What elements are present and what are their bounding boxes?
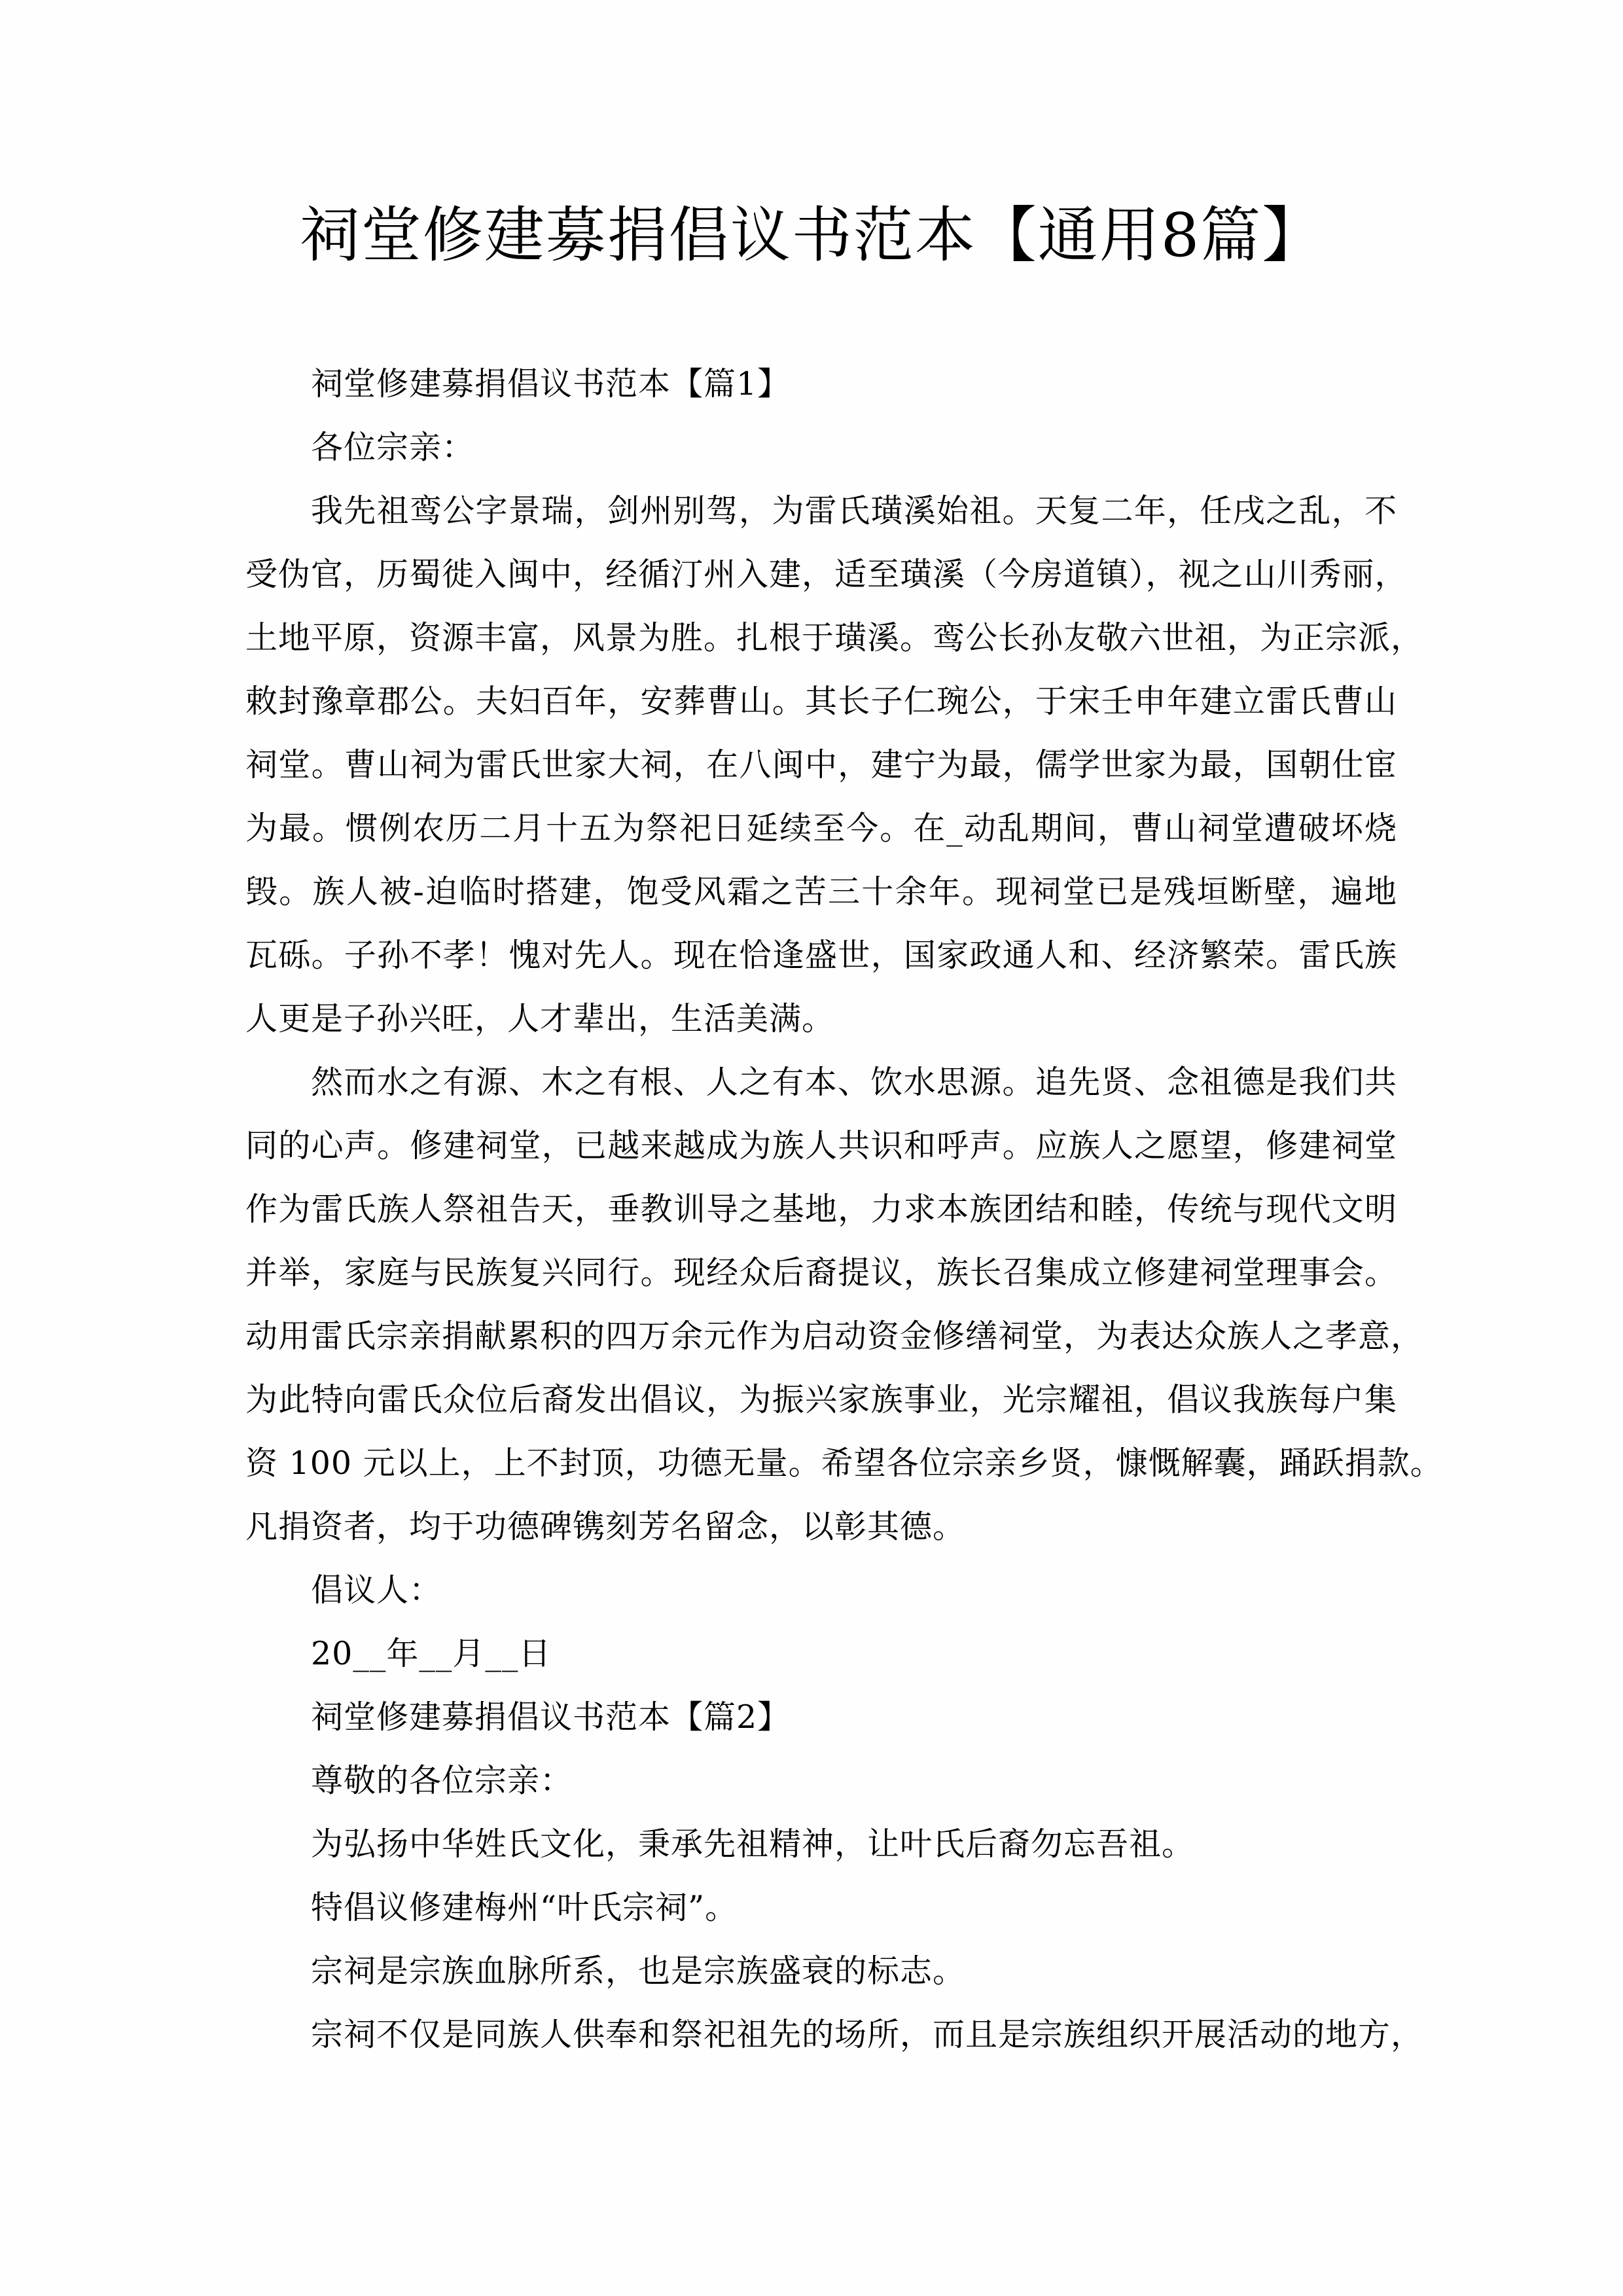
section-heading: 祠堂修建募捐倡议书范本【篇2】 bbox=[245, 1685, 1397, 1749]
paragraph-line: 动用雷氏宗亲捐献累积的四万余元作为启动资金修缮祠堂，为表达众族人之孝意， bbox=[245, 1304, 1397, 1368]
paragraph-line: 为此特向雷氏众位后裔发出倡议，为振兴家族事业，光宗耀祖，倡议我族每户集 bbox=[245, 1368, 1397, 1431]
document-title: 祠堂修建募捐倡议书范本【通用8篇】 bbox=[0, 196, 1623, 275]
paragraph-line: 人更是子孙兴旺，人才辈出，生活美满。 bbox=[245, 987, 1397, 1050]
paragraph-line: 受伪官，历蜀徙入闽中，经循汀州入建，适至璜溪（今房道镇），视之山川秀丽， bbox=[245, 543, 1397, 606]
salutation-line: 尊敬的各位宗亲： bbox=[245, 1749, 1397, 1812]
signature-line: 倡议人： bbox=[245, 1558, 1397, 1622]
paragraph-line: 瓦砾。子孙不孝！愧对先人。现在恰逢盛世，国家政通人和、经济繁荣。雷氏族 bbox=[245, 924, 1397, 987]
date-line: 20__年__月__日 bbox=[245, 1622, 1397, 1685]
paragraph-line: 毁。族人被-迫临时搭建，饱受风霜之苦三十余年。现祠堂已是残垣断壁，遍地 bbox=[245, 860, 1397, 924]
paragraph-line: 然而水之有源、木之有根、人之有本、饮水思源。追先贤、念祖德是我们共 bbox=[245, 1050, 1397, 1114]
paragraph-line: 宗祠是宗族血脉所系，也是宗族盛衰的标志。 bbox=[245, 1939, 1397, 2003]
paragraph-line: 宗祠不仅是同族人供奉和祭祀祖先的场所，而且是宗族组织开展活动的地方， bbox=[245, 2003, 1397, 2066]
paragraph-line: 资 100 元以上，上不封顶，功德无量。希望各位宗亲乡贤，慷慨解囊，踊跃捐款。 bbox=[245, 1431, 1397, 1495]
paragraph-line: 作为雷氏族人祭祖告天，垂教训导之基地，力求本族团结和睦，传统与现代文明 bbox=[245, 1177, 1397, 1241]
paragraph-line: 同的心声。修建祠堂，已越来越成为族人共识和呼声。应族人之愿望，修建祠堂 bbox=[245, 1114, 1397, 1177]
document-body: 祠堂修建募捐倡议书范本【篇1】各位宗亲：我先祖鸾公字景瑞，剑州别驾，为雷氏璜溪始… bbox=[245, 352, 1397, 2066]
paragraph-line: 凡捐资者，均于功德碑镌刻芳名留念，以彰其德。 bbox=[245, 1495, 1397, 1558]
paragraph-line: 我先祖鸾公字景瑞，剑州别驾，为雷氏璜溪始祖。天复二年，任戌之乱，不 bbox=[245, 479, 1397, 543]
paragraph-line: 特倡议修建梅州“叶氏宗祠”。 bbox=[245, 1876, 1397, 1939]
paragraph-line: 并举，家庭与民族复兴同行。现经众后裔提议，族长召集成立修建祠堂理事会。 bbox=[245, 1241, 1397, 1304]
paragraph-line: 敕封豫章郡公。夫妇百年，安葬曹山。其长子仁琬公，于宋壬申年建立雷氏曹山 bbox=[245, 670, 1397, 733]
paragraph-line: 为最。惯例农历二月十五为祭祀日延续至今。在_动乱期间，曹山祠堂遭破坏烧 bbox=[245, 797, 1397, 860]
paragraph-line: 祠堂。曹山祠为雷氏世家大祠，在八闽中，建宁为最，儒学世家为最，国朝仕宦 bbox=[245, 733, 1397, 797]
document-page: 祠堂修建募捐倡议书范本【通用8篇】 祠堂修建募捐倡议书范本【篇1】各位宗亲：我先… bbox=[0, 0, 1623, 2296]
paragraph-line: 土地平原，资源丰富，风景为胜。扎根于璜溪。鸾公长孙友敬六世祖，为正宗派， bbox=[245, 606, 1397, 670]
paragraph-line: 为弘扬中华姓氏文化，秉承先祖精神，让叶氏后裔勿忘吾祖。 bbox=[245, 1812, 1397, 1876]
salutation-line: 各位宗亲： bbox=[245, 416, 1397, 479]
section-heading: 祠堂修建募捐倡议书范本【篇1】 bbox=[245, 352, 1397, 416]
